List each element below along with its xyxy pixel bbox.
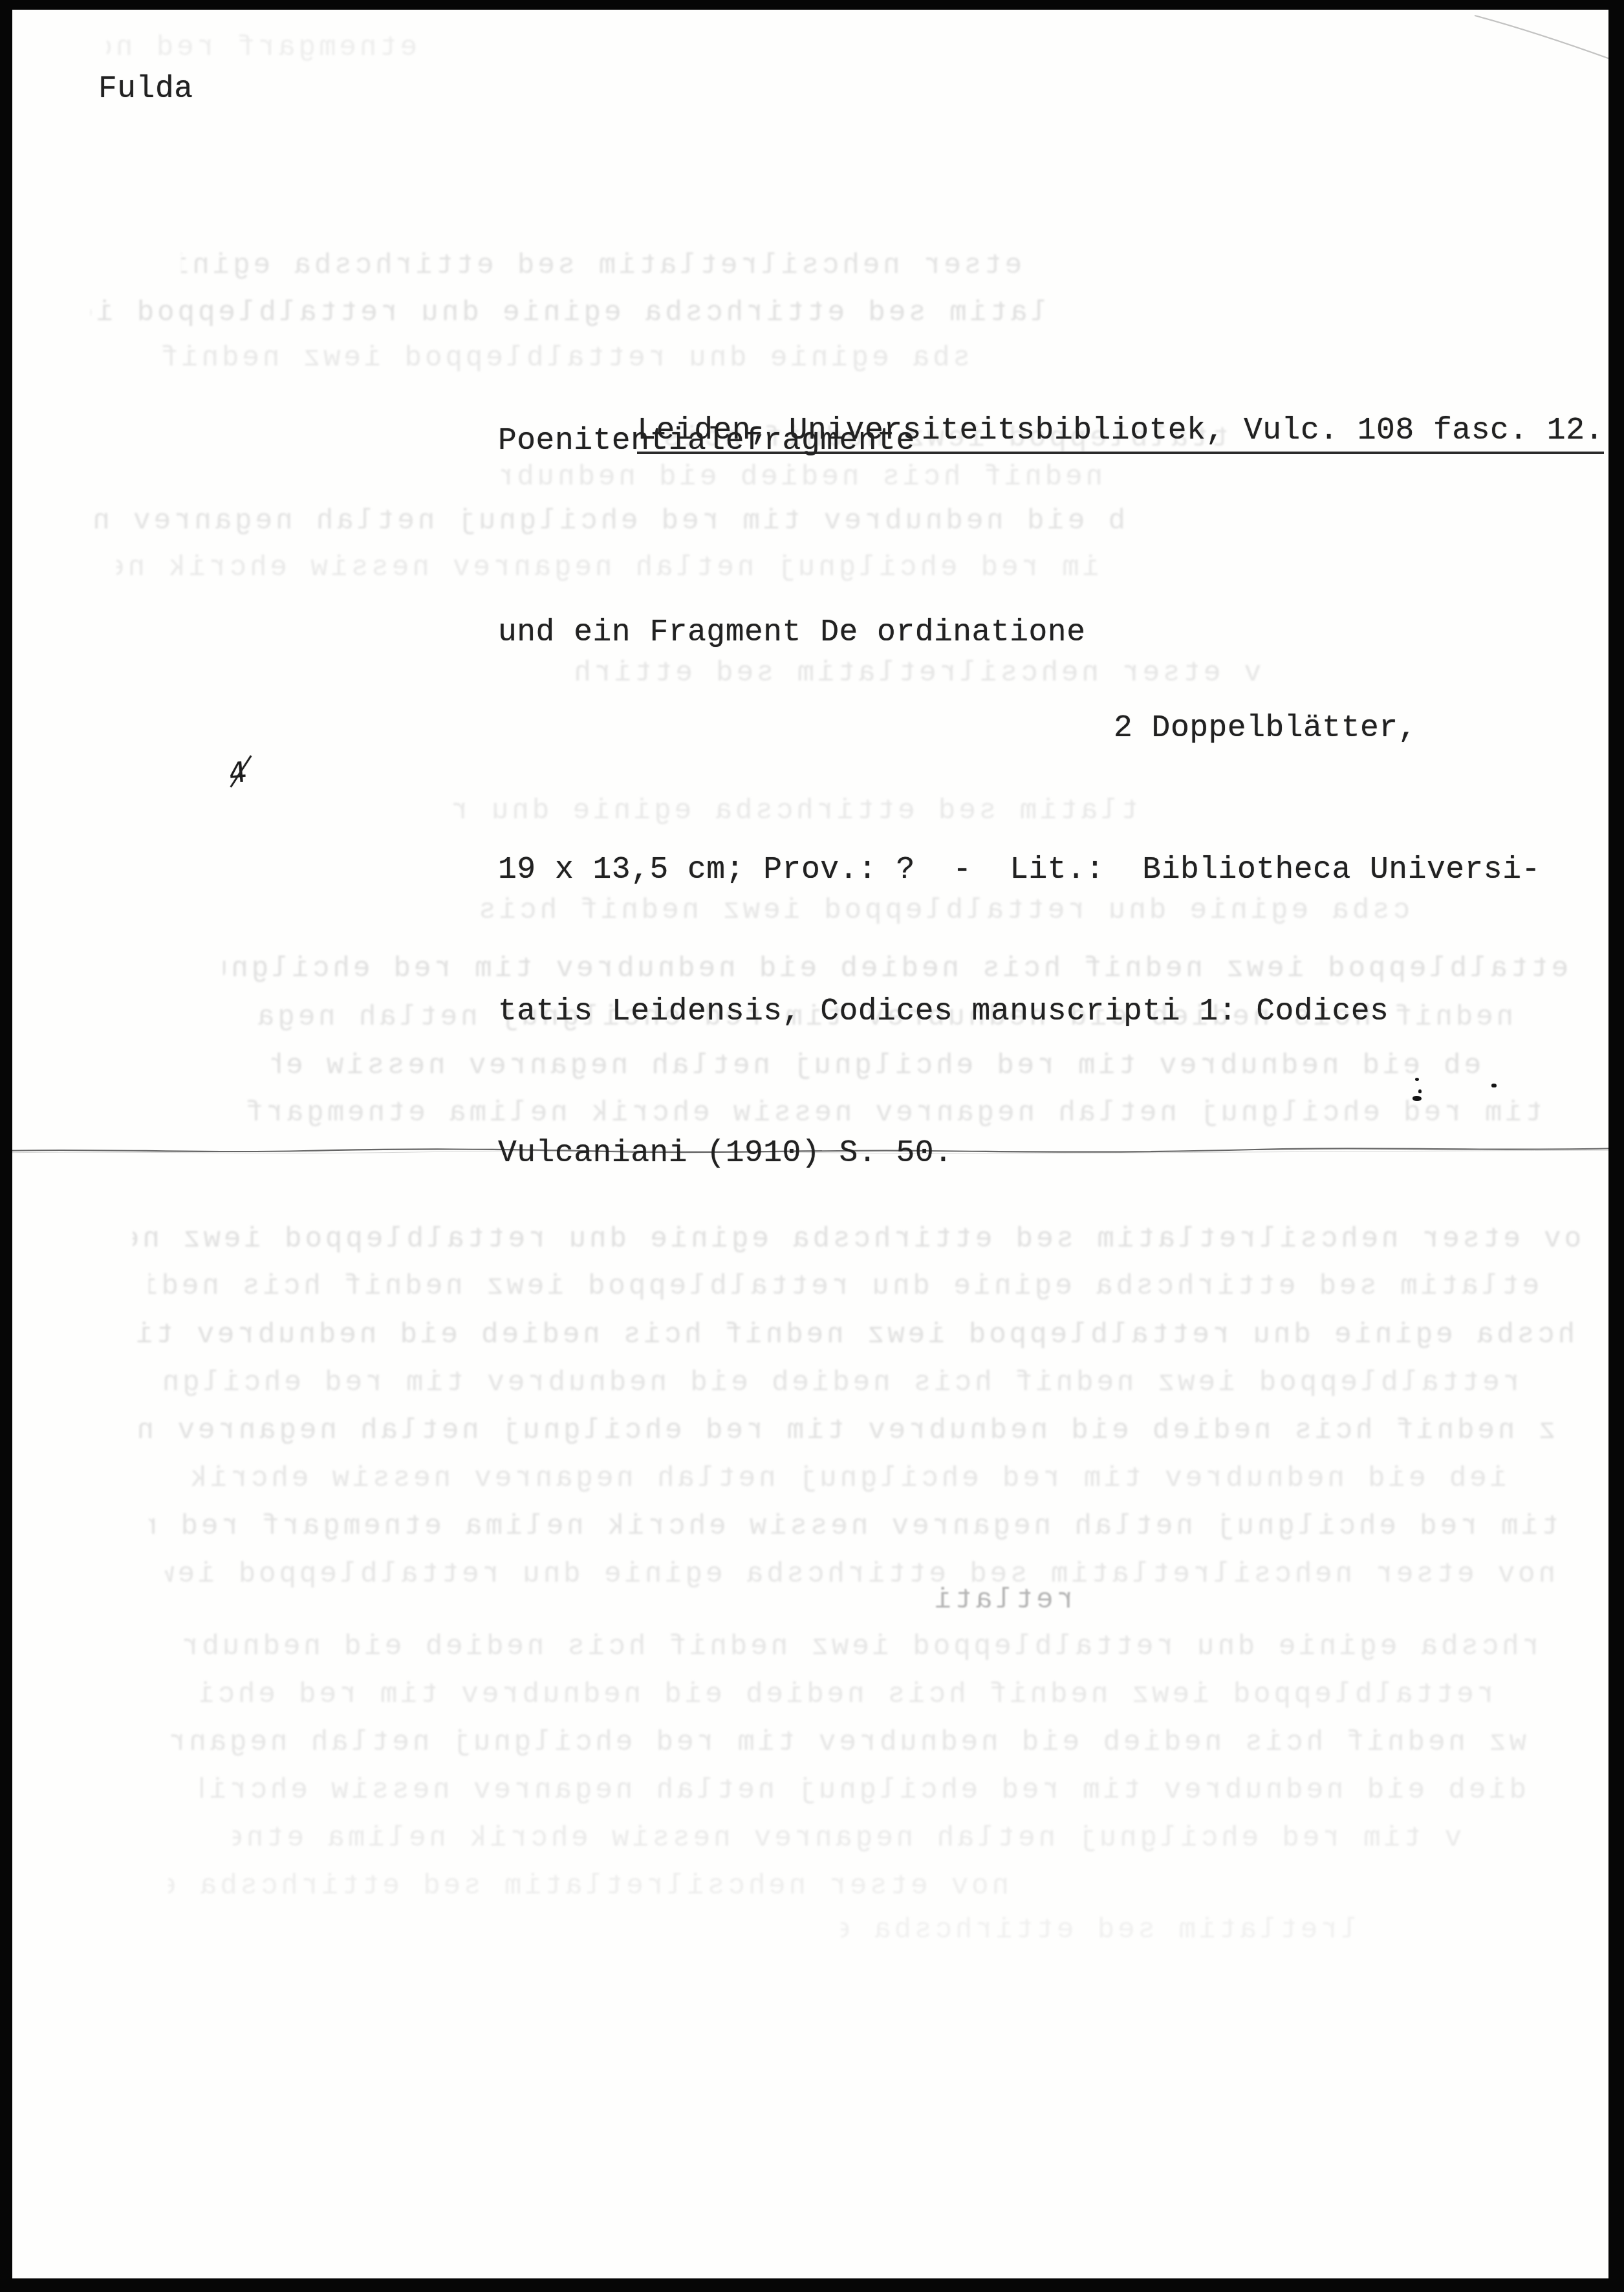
- bleed-through-row: ieb eid nednubrev tim red ehcilgnuj netl…: [181, 1462, 1507, 1498]
- bleed-through-row: b eid nednubrev tim red ehcilgnuj netlah…: [91, 505, 1125, 541]
- ink-speck: [1413, 1096, 1422, 1101]
- bleed-through-row: retlatim sed ettirhcsba eginie dnu retta…: [931, 1584, 1074, 1620]
- bleed-through-row: etser nehcsilretlatim sed ettirhcsba egi…: [181, 249, 1022, 285]
- bleed-through-row: hcsba eginie dnu rettalbleppod iewz nedn…: [133, 1318, 1575, 1355]
- description-line: 19 x 13,5 cm; Prov.: ? - Lit.: Bibliothe…: [498, 847, 1541, 894]
- ink-speck: [1418, 1089, 1422, 1093]
- entry-subtitle: Poenitentialefragmente: [498, 422, 915, 461]
- scan-border-bottom: [0, 2278, 1624, 2292]
- handwritten-mark: 4: [227, 754, 269, 796]
- bleed-through-row: rhcsba eginie dnu rettalbleppod iewz ned…: [181, 1630, 1539, 1666]
- ink-speck: [1415, 1078, 1419, 1081]
- description-line: Vulcaniani (1910) S. 50.: [498, 1130, 1541, 1177]
- scan-border-top: [0, 0, 1624, 10]
- bleed-through-row: tim red ehcilgnuj netlah neganrev nessiw…: [149, 1510, 1559, 1546]
- bleed-through-row: latim sed ettirhcsba eginie dnu rettalbl…: [91, 296, 1048, 333]
- entry-description: 19 x 13,5 cm; Prov.: ? - Lit.: Bibliothe…: [498, 752, 1541, 1272]
- scratch-line: [0, 0, 1624, 78]
- bleed-through-row: etnemgarf red nov etser nehcsilretlatim …: [107, 31, 417, 67]
- description-line: tatis Leidensis, Codices manuscripti 1: …: [498, 988, 1541, 1036]
- bleed-through-row: dieb eid nednubrev tim red ehcilgnuj net…: [200, 1774, 1526, 1810]
- bleed-through-row: rettalbleppod iewz nednif hcis nedieb ei…: [162, 1366, 1520, 1402]
- bleed-through-row: nov etser nehcsilretlatim sed ettirhcsba…: [168, 1870, 1009, 1906]
- scanned-page: etnemgarf red nov etser nehcsilretlatim …: [0, 0, 1624, 2292]
- bleed-through-row: im red ehcilgnuj netlah neganrev nessiw …: [116, 551, 1099, 587]
- bleed-through-row: lretlatim sed ettirhcsba eginie dnu rett…: [841, 1914, 1358, 1950]
- bleed-through-row: v tim red ehcilgnuj netlah neganrev ness…: [233, 1822, 1462, 1858]
- entry-extent: 2 Doppelblätter,: [1114, 709, 1417, 748]
- location-label: Fulda: [98, 70, 193, 109]
- bleed-through-row: v etser nehcsilretlatim sed ettirhcsba e…: [576, 657, 1261, 693]
- ink-speck: [1491, 1084, 1497, 1087]
- bleed-through-row: z nednif hcis nedieb eid nednubrev tim r…: [133, 1414, 1555, 1450]
- bleed-through-row: wz nednif hcis nedieb eid nednubrev tim …: [168, 1726, 1526, 1762]
- bleed-through-row: rettalbleppod iewz nednif hcis nedieb ei…: [200, 1678, 1494, 1714]
- bleed-through-row: nov etser nehcsilretlatim sed ettirhcsba…: [165, 1558, 1555, 1594]
- entry-addition: und ein Fragment De ordinatione: [498, 613, 1085, 652]
- scan-border-right: [1608, 0, 1624, 2292]
- bleed-through-row: etlatim sed ettirhcsba eginie dnu rettal…: [149, 1270, 1539, 1306]
- scan-border-left: [0, 0, 12, 2292]
